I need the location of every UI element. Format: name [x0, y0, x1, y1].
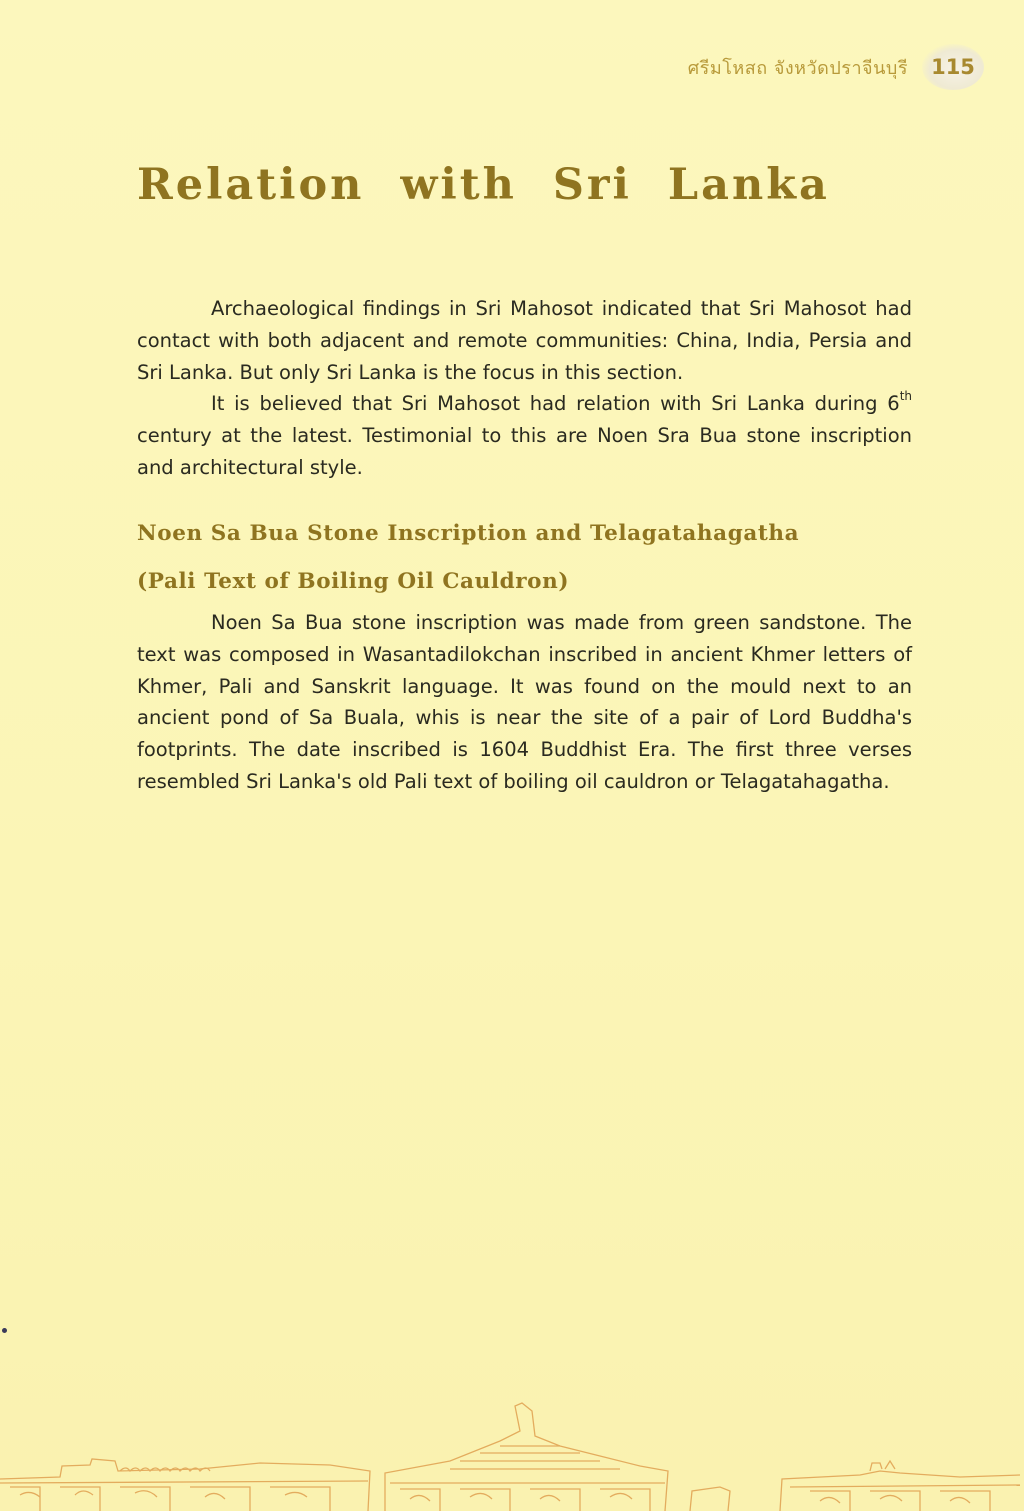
section-heading-line: Noen Sa Bua Stone Inscription and Telaga…: [137, 510, 799, 558]
page-title: Relation with Sri Lanka: [137, 160, 830, 210]
section-heading-line: (Pali Text of Boiling Oil Cauldron): [137, 558, 799, 606]
scan-speck: [2, 1328, 7, 1333]
paragraph: Archaeological findings in Sri Mahosot i…: [137, 293, 912, 388]
paragraph: It is believed that Sri Mahosot had rela…: [137, 388, 912, 483]
paragraph: Noen Sa Bua stone inscription was made f…: [137, 607, 912, 798]
paragraph-text: It is believed that Sri Mahosot had rela…: [211, 392, 900, 415]
running-header: ศรีมโหสถ จังหวัดปราจีนบุรี 115: [688, 44, 984, 90]
section-1-body: Archaeological findings in Sri Mahosot i…: [137, 293, 912, 484]
section-2-body: Noen Sa Bua stone inscription was made f…: [137, 607, 912, 798]
page-number: 115: [931, 55, 975, 79]
section-heading: Noen Sa Bua Stone Inscription and Telaga…: [137, 510, 799, 606]
running-title: ศรีมโหสถ จังหวัดปราจีนบุรี: [688, 53, 908, 82]
page-number-badge: 115: [922, 44, 984, 90]
paragraph-text: century at the latest. Testimonial to th…: [137, 424, 912, 479]
superscript: th: [900, 389, 912, 403]
temple-ruins-line-drawing-icon: [0, 1391, 1024, 1511]
